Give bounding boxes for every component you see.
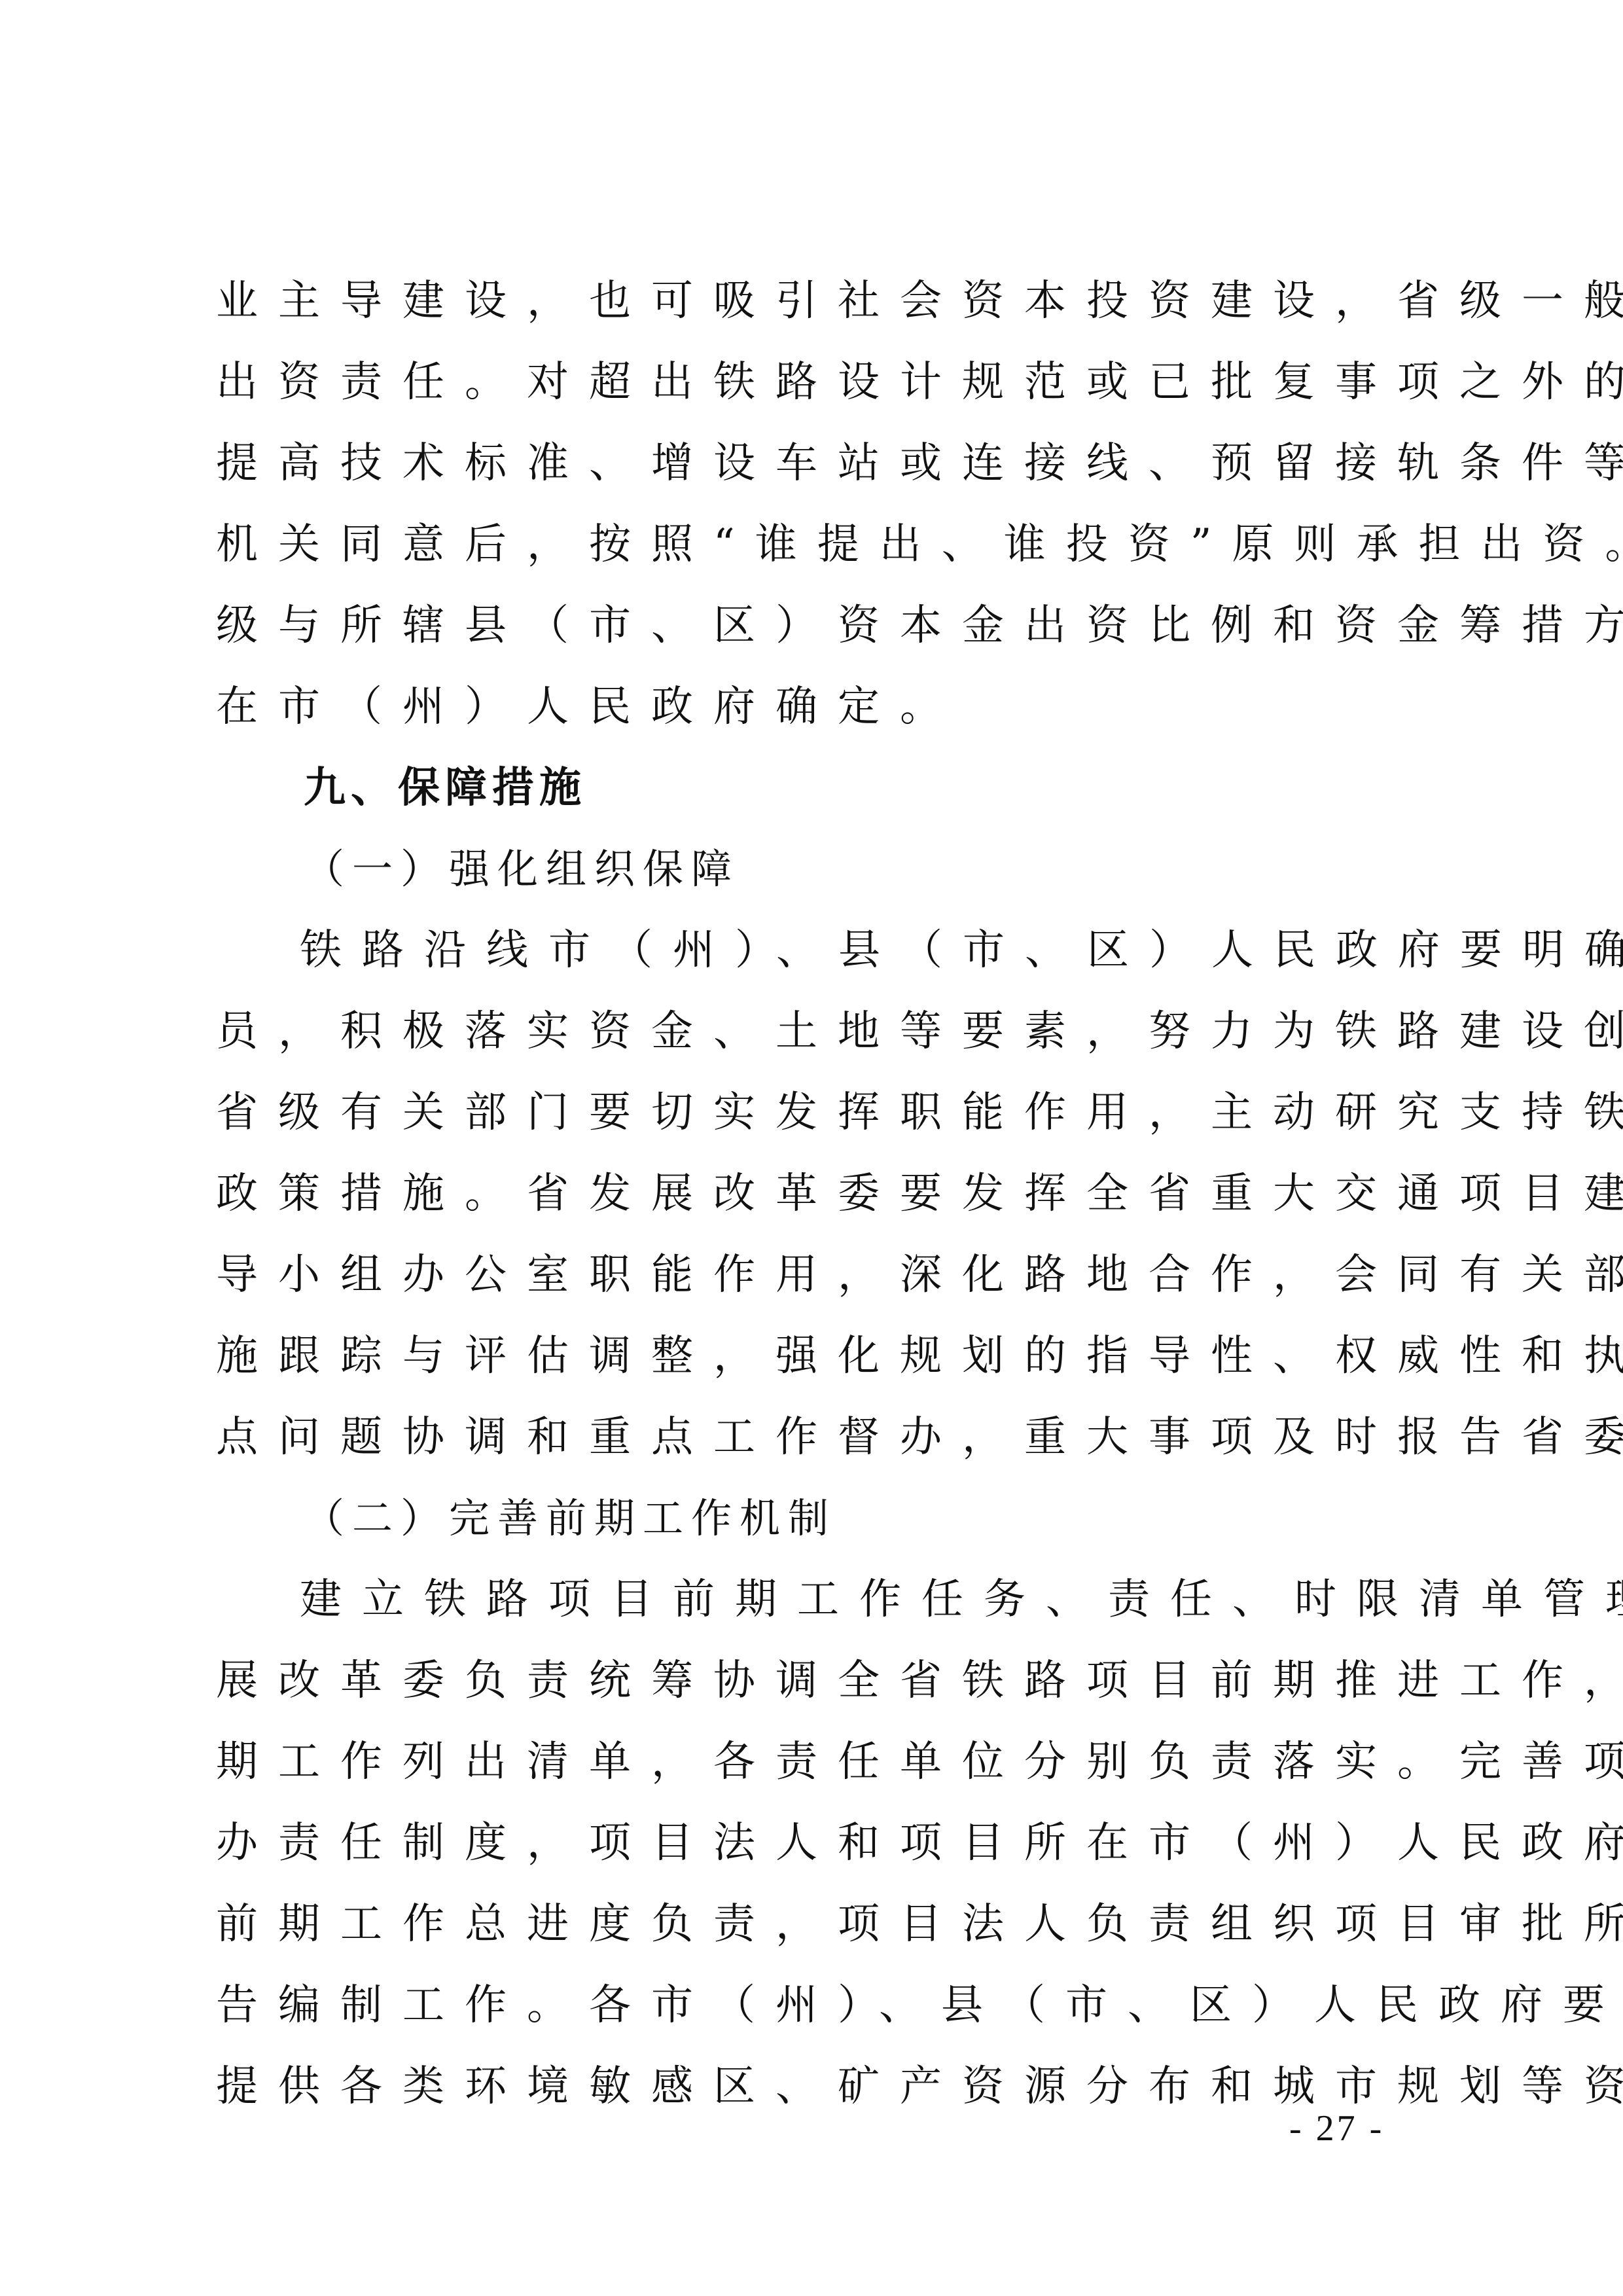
body-line: 出资责任。对超出铁路设计规范或已批复事项之外的扩大站房面积、 [216,342,1387,423]
body-line: 提供各类环境敏感区、矿产资源分布和城市规划等资料，积极配合 [216,2046,1387,2127]
body-line: 省级有关部门要切实发挥职能作用，主动研究支持铁路建设发展的 [216,1072,1387,1153]
body-line: 在市（州）人民政府确定。 [216,666,1387,747]
body-line: 铁路沿线市（州）、县（市、区）人民政府要明确专门机构和人 [216,910,1387,991]
body-line: 机关同意后，按照“谁提出、谁投资”原则承担出资。市（州）本 [216,504,1387,585]
page-number: - 27 - [1289,2108,1384,2149]
subsection-heading-2: （二）完善前期工作机制 [216,1478,1387,1559]
body-line: 办责任制度，项目法人和项目所在市（州）人民政府对具体项目的 [216,1803,1387,1884]
section-heading: 九、保障措施 [216,747,1387,829]
body-line: 期工作列出清单，各责任单位分别负责落实。完善项目前期工作主 [216,1721,1387,1803]
document-page: 业主导建设，也可吸引社会资本投资建设，省级一般不承担资本金 出资责任。对超出铁路… [216,260,1387,2127]
body-line: 员，积极落实资金、土地等要素，努力为铁路建设创造有利条件。 [216,991,1387,1072]
body-line: 政策措施。省发展改革委要发挥全省重大交通项目建设协调推进领 [216,1153,1387,1234]
body-line: 业主导建设，也可吸引社会资本投资建设，省级一般不承担资本金 [216,260,1387,342]
body-line: 级与所辖县（市、区）资本金出资比例和资金筹措方案，由项目所 [216,585,1387,666]
body-line: 建立铁路项目前期工作任务、责任、时限清单管理制度，省发 [216,1559,1387,1640]
body-line: 告编制工作。各市（州）、县（市、区）人民政府要主动为设计单位 [216,1965,1387,2046]
body-line: 提高技术标准、增设车站或连接线、预留接轨条件等内容，经审批 [216,423,1387,504]
body-line: 点问题协调和重点工作督办，重大事项及时报告省委、省政府。 [216,1397,1387,1478]
body-line: 施跟踪与评估调整，强化规划的指导性、权威性和执行力，做好难 [216,1316,1387,1397]
body-line: 导小组办公室职能作用，深化路地合作，会同有关部门加强规划实 [216,1234,1387,1316]
subsection-heading-1: （一）强化组织保障 [216,829,1387,910]
body-line: 展改革委负责统筹协调全省铁路项目前期推进工作，对重大项目前 [216,1640,1387,1721]
body-line: 前期工作总进度负责，项目法人负责组织项目审批所需各类专题报 [216,1884,1387,1965]
